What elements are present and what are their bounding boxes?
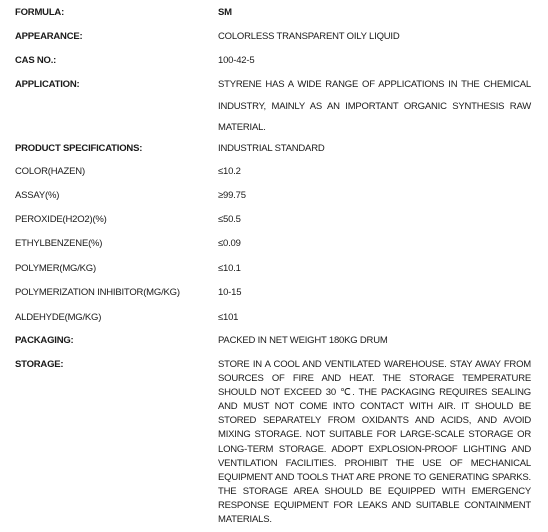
polymer-value: ≤10.1 (218, 263, 531, 275)
ethylbenzene-label: ETHYLBENZENE(%) (15, 238, 102, 250)
aldehyde-label: ALDEHYDE(MG/KG) (15, 312, 101, 324)
formula-label: FORMULA: (15, 7, 64, 19)
polymer-label: POLYMER(MG/KG) (15, 263, 96, 275)
ethylbenzene-value: ≤0.09 (218, 238, 531, 250)
packaging-value: PACKED IN NET WEIGHT 180KG DRUM (218, 335, 531, 347)
application-label: APPLICATION: (15, 79, 79, 91)
appearance-value: COLORLESS TRANSPARENT OILY LIQUID (218, 31, 531, 43)
product-specifications-value: INDUSTRIAL STANDARD (218, 143, 531, 155)
packaging-label: PACKAGING: (15, 335, 74, 347)
product-specifications-label: PRODUCT SPECIFICATIONS: (15, 143, 142, 155)
storage-value: STORE IN A COOL AND VENTILATED WAREHOUSE… (218, 358, 531, 527)
peroxide-value: ≤50.5 (218, 214, 531, 226)
polymerization-inhibitor-label: POLYMERIZATION INHIBITOR(MG/KG) (15, 287, 180, 299)
color-hazen-label: COLOR(HAZEN) (15, 166, 85, 178)
storage-label: STORAGE: (15, 359, 63, 371)
aldehyde-value: ≤101 (218, 312, 531, 324)
application-value: STYRENE HAS A WIDE RANGE OF APPLICATIONS… (218, 74, 531, 139)
appearance-label: APPEARANCE: (15, 31, 82, 43)
polymerization-inhibitor-value: 10-15 (218, 287, 531, 299)
assay-value: ≥99.75 (218, 190, 531, 202)
peroxide-label: PEROXIDE(H2O2)(%) (15, 214, 107, 226)
formula-value: SM (218, 7, 531, 19)
color-hazen-value: ≤10.2 (218, 166, 531, 178)
cas-no-label: CAS NO.: (15, 55, 56, 67)
assay-label: ASSAY(%) (15, 190, 59, 202)
cas-no-value: 100-42-5 (218, 55, 531, 67)
